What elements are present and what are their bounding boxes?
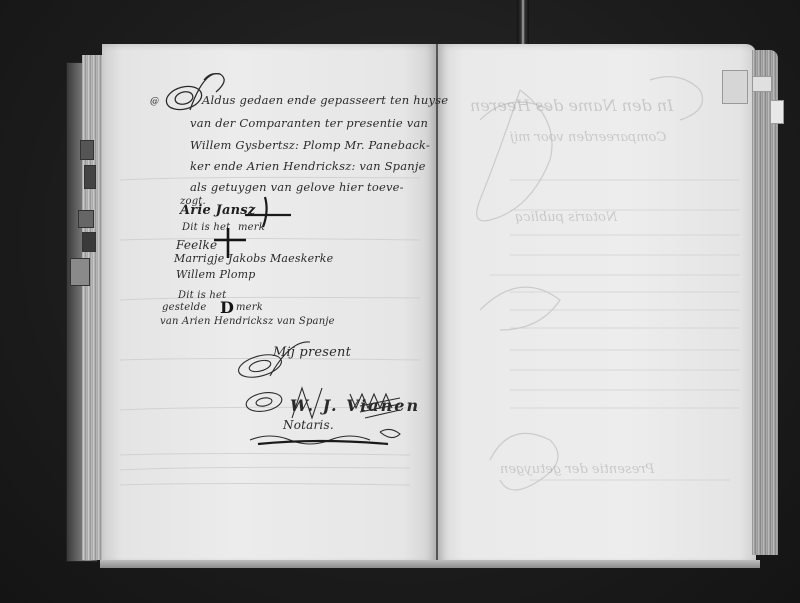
text-line: ker ende Arien Hendricksz: van Spanje [190,159,426,173]
text-line: van der Comparanten ter presentie van [190,116,428,130]
left-bleed-through [110,60,430,560]
book-gutter [436,44,438,564]
text-line: als getuygen van gelove hier toeve- [190,180,404,194]
index-tab [82,232,96,252]
bottom-page-edge [100,560,760,568]
index-tab [70,258,90,286]
bleed-text: Notaris publicq [515,210,617,225]
notary-title: Notaris. [283,418,334,432]
right-page-stack [752,50,778,555]
mark-label: merk [238,222,265,233]
mark-prefix: gestelde [162,302,207,313]
signature-willem-plomp: Willem Plomp [176,268,256,281]
d-mark: D [220,298,234,317]
text-line: Aldus gedaen ende gepasseert ten huyse [202,93,448,107]
signature-name: van Arien Hendricksz van Spanje [160,316,335,327]
text-line: Willem Gysbertsz: Plomp Mr. Paneback- [190,138,430,152]
archive-label [770,100,784,124]
archive-label [752,76,772,92]
index-tab [78,210,94,228]
notary-signature: W. J. Vianen [290,396,420,415]
bleed-text: In den Name des Heeren [470,96,673,115]
bookmark-ribbon [517,0,529,46]
mark-label: merk [236,302,263,313]
margin-mark: @ [150,97,159,107]
index-tab [80,140,94,160]
bleed-text: Presentie der getuygen [500,462,654,477]
signature-name: Marrigje Jakobs Maeskerke [174,252,333,265]
bleed-text: Compareerden voor mij [510,130,666,145]
notary-attestation: Mij present [273,345,351,360]
index-tab [84,165,96,189]
